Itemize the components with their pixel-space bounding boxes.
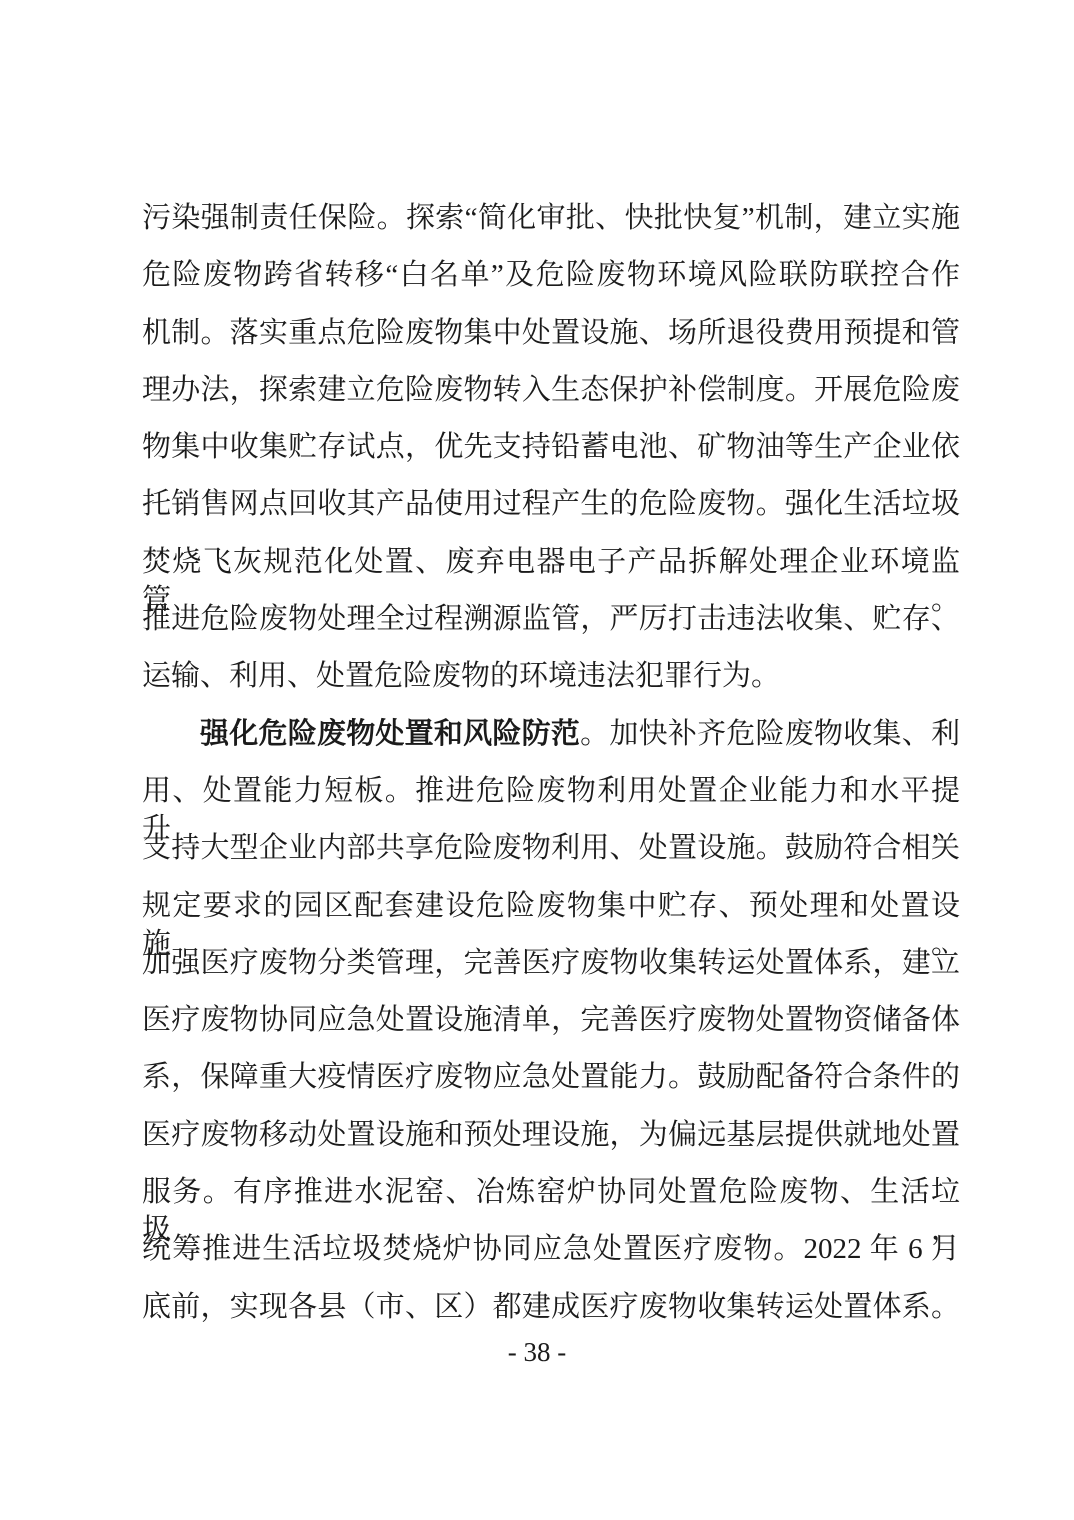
text-line: 危险废物跨省转移“白名单”及危险废物环境风险联防联控合作: [142, 256, 960, 313]
text-line: 支持大型企业内部共享危险废物利用、处置设施。鼓励符合相关: [142, 829, 960, 886]
text-line: 机制。落实重点危险废物集中处置设施、场所退役费用预提和管: [142, 314, 960, 371]
text-line: 用、处置能力短板。推进危险废物利用处置企业能力和水平提升，: [142, 772, 960, 829]
text-line: 物集中收集贮存试点，优先支持铅蓄电池、矿物油等生产企业依: [142, 428, 960, 485]
bold-lead-text: 强化危险废物处置和风险防范: [200, 718, 580, 750]
text-line: 服务。有序推进水泥窑、冶炼窑炉协同处置危险废物、生活垃圾，: [142, 1173, 960, 1230]
text-line: 理办法，探索建立危险废物转入生态保护补偿制度。开展危险废: [142, 371, 960, 428]
text-line: 系，保障重大疫情医疗废物应急处置能力。鼓励配备符合条件的: [142, 1058, 960, 1115]
text-line: 加强医疗废物分类管理，完善医疗废物收集转运处置体系，建立: [142, 944, 960, 1001]
text-line: 托销售网点回收其产品使用过程产生的危险废物。强化生活垃圾: [142, 485, 960, 542]
document-page: 污染强制责任保险。探索“简化审批、快批快复”机制，建立实施危险废物跨省转移“白名…: [0, 0, 1074, 1520]
text-line: 统筹推进生活垃圾焚烧炉协同应急处置医疗废物。2022 年 6 月: [142, 1230, 960, 1287]
line-text: 。加快补齐危险废物收集、利: [580, 718, 960, 750]
text-line: 医疗废物移动处置设施和预处理设施，为偏远基层提供就地处置: [142, 1116, 960, 1173]
text-line: 规定要求的园区配套建设危险废物集中贮存、预处理和处置设施。: [142, 887, 960, 944]
document-body: 污染强制责任保险。探索“简化审批、快批快复”机制，建立实施危险废物跨省转移“白名…: [142, 199, 960, 1345]
text-line: 推进危险废物处理全过程溯源监管，严厉打击违法收集、贮存、: [142, 600, 960, 657]
text-line: 污染强制责任保险。探索“简化审批、快批快复”机制，建立实施: [142, 199, 960, 256]
text-line: 运输、利用、处置危险废物的环境违法犯罪行为。: [142, 657, 960, 714]
text-line: 强化危险废物处置和风险防范。加快补齐危险废物收集、利: [142, 715, 960, 772]
page-number: - 38 -: [0, 1336, 1074, 1368]
text-line: 焚烧飞灰规范化处置、废弃电器电子产品拆解处理企业环境监管。: [142, 543, 960, 600]
text-line: 医疗废物协同应急处置设施清单，完善医疗废物处置物资储备体: [142, 1001, 960, 1058]
